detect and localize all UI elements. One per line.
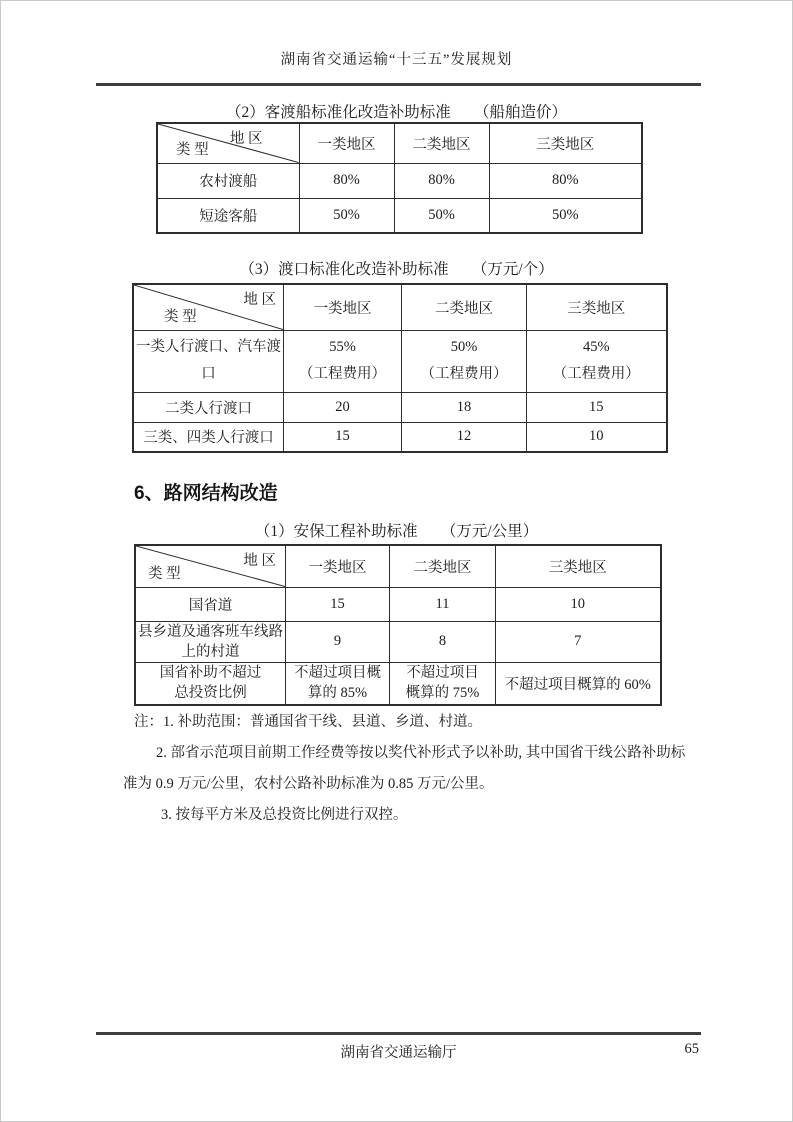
table-cell: 18 (402, 392, 527, 422)
column-header-region-3: 三类地区 (527, 284, 667, 330)
column-header-region-3: 三类地区 (489, 123, 642, 163)
row-label: 国省补助不超过 总投资比例 (135, 662, 286, 705)
table-cell: 80% (489, 163, 642, 198)
table-header-row: 地 区 类 型 一类地区 二类地区 三类地区 (135, 545, 661, 587)
table-title-safety-project: （1）安保工程补助标准 （万元/公里） (1, 519, 792, 541)
table-cell: 15 (527, 392, 667, 422)
table-safety-project-subsidy: 地 区 类 型 一类地区 二类地区 三类地区 国省道 15 11 10 县乡道及… (134, 544, 662, 706)
table-cell: 45% （工程费用） (527, 330, 667, 392)
table-row: 县乡道及通客班车线路 上的村道 9 8 7 (135, 621, 661, 662)
table-row: 二类人行渡口 20 18 15 (133, 392, 667, 422)
note-line-1: 注：1. 补助范围：普通国省干线、县道、乡道、村道。 (123, 707, 683, 738)
column-header-region-1: 一类地区 (299, 123, 394, 163)
row-label: 二类人行渡口 (133, 392, 284, 422)
corner-label-type: 类 型 (164, 305, 197, 326)
table-row: 农村渡船 80% 80% 80% (157, 163, 642, 198)
column-header-region-1: 一类地区 (286, 545, 390, 587)
table-cell: 不超过项目概算的 60% (496, 662, 661, 705)
row-label: 一类人行渡口、汽车渡 口 (133, 330, 284, 392)
page-footer: 湖南省交通运输厅 65 (96, 1041, 701, 1062)
table-cell: 7 (496, 621, 661, 662)
table-row: 一类人行渡口、汽车渡 口 55% （工程费用） 50% （工程费用） 45% （… (133, 330, 667, 392)
row-label: 农村渡船 (157, 163, 299, 198)
table-corner-cell: 地 区 类 型 (157, 123, 299, 163)
page-header-title: 湖南省交通运输“十三五”发展规划 (1, 48, 792, 69)
corner-label-type: 类 型 (176, 138, 209, 159)
page-number: 65 (685, 1041, 700, 1058)
table-ferry-crossing-subsidy: 地 区 类 型 一类地区 二类地区 三类地区 一类人行渡口、汽车渡 口 55% … (132, 283, 668, 453)
table-cell: 50% (394, 198, 489, 233)
note-line-2: 2. 部省示范项目前期工作经费等按以奖代补形式予以补助, 其中国省干线公路补助标 (123, 738, 683, 769)
table-title-passenger-ferry: （2）客渡船标准化改造补助标准 （船舶造价） (1, 100, 792, 122)
table-cell: 80% (394, 163, 489, 198)
column-header-region-2: 二类地区 (394, 123, 489, 163)
row-label: 三类、四类人行渡口 (133, 422, 284, 452)
row-label: 县乡道及通客班车线路 上的村道 (135, 621, 286, 662)
table-cell: 10 (527, 422, 667, 452)
table-cell: 9 (286, 621, 390, 662)
table-cell: 15 (286, 587, 390, 621)
table-notes: 注：1. 补助范围：普通国省干线、县道、乡道、村道。 2. 部省示范项目前期工作… (123, 707, 683, 831)
corner-label-region: 地 区 (230, 127, 263, 148)
table-row: 三类、四类人行渡口 15 12 10 (133, 422, 667, 452)
header-rule (96, 83, 701, 86)
table-passenger-ferry-subsidy: 地 区 类 型 一类地区 二类地区 三类地区 农村渡船 80% 80% 80% … (156, 122, 643, 234)
row-label: 国省道 (135, 587, 286, 621)
section-heading-road-network: 6、路网结构改造 (134, 478, 278, 505)
table-header-row: 地 区 类 型 一类地区 二类地区 三类地区 (157, 123, 642, 163)
table-corner-cell: 地 区 类 型 (135, 545, 286, 587)
table-row: 国省补助不超过 总投资比例 不超过项目概 算的 85% 不超过项目 概算的 75… (135, 662, 661, 705)
table-cell: 50% (489, 198, 642, 233)
table-cell: 80% (299, 163, 394, 198)
table-header-row: 地 区 类 型 一类地区 二类地区 三类地区 (133, 284, 667, 330)
table-cell: 55% （工程费用） (284, 330, 402, 392)
table-title-ferry-crossing: （3）渡口标准化改造补助标准 （万元/个） (1, 257, 792, 279)
table-cell: 10 (496, 587, 661, 621)
row-label: 短途客船 (157, 198, 299, 233)
column-header-region-2: 二类地区 (402, 284, 527, 330)
footer-rule (96, 1032, 701, 1035)
table-cell: 15 (284, 422, 402, 452)
note-line-4: 3. 按每平方米及总投资比例进行双控。 (123, 800, 683, 831)
table-cell: 8 (390, 621, 496, 662)
table-cell: 50% （工程费用） (402, 330, 527, 392)
column-header-region-2: 二类地区 (390, 545, 496, 587)
table-cell: 不超过项目 概算的 75% (390, 662, 496, 705)
table-cell: 11 (390, 587, 496, 621)
footer-text: 湖南省交通运输厅 (341, 1045, 457, 1061)
table-cell: 12 (402, 422, 527, 452)
table-row: 短途客船 50% 50% 50% (157, 198, 642, 233)
table-cell: 50% (299, 198, 394, 233)
corner-label-type: 类 型 (148, 562, 181, 583)
column-header-region-3: 三类地区 (496, 545, 661, 587)
corner-label-region: 地 区 (243, 288, 276, 309)
corner-label-region: 地 区 (243, 549, 276, 570)
table-row: 国省道 15 11 10 (135, 587, 661, 621)
column-header-region-1: 一类地区 (284, 284, 402, 330)
table-corner-cell: 地 区 类 型 (133, 284, 284, 330)
note-line-3: 准为 0.9 万元/公里，农村公路补助标准为 0.85 万元/公里。 (123, 769, 683, 800)
document-page: 湖南省交通运输“十三五”发展规划 （2）客渡船标准化改造补助标准 （船舶造价） … (0, 0, 793, 1122)
table-cell: 不超过项目概 算的 85% (286, 662, 390, 705)
table-cell: 20 (284, 392, 402, 422)
